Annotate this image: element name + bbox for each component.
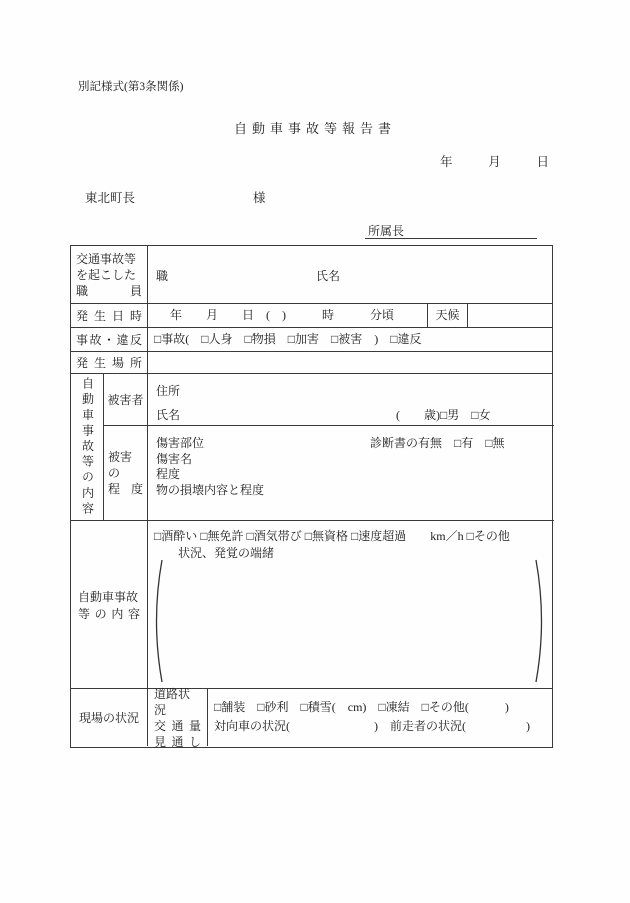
victim-header-label: 被害者 [104,392,147,408]
scene-subheader-line2: 交通量 [148,718,207,734]
victim-age-gender: ( 歳)□男 □女 [396,406,491,423]
accident-header: 事故・違反 [71,328,148,351]
scene-header: 現場の状況 [71,689,148,746]
victim-header: 被害者 [104,374,148,425]
damage-header-line1: 被害の [104,449,147,481]
scene-line2: 対向車の状況( ) 前走者の状況( ) [214,717,548,736]
weather-label: 天候 [428,304,468,327]
damage-line4: 物の損壊内容と程度 [156,483,546,499]
damage-line2: 傷害名 [156,452,546,468]
offender-header-line3: 職員 [71,283,147,299]
name-label: 氏名 [316,267,340,284]
row-location: 発生場所 [71,352,552,374]
incident-vertical-header-label: 自動車事故等の内容 [71,377,104,517]
scene-subheader-line3: 見通し [148,734,207,750]
detail-header-line1: 自動車事故 [78,588,140,605]
detail-writein-area [164,559,534,683]
left-bracket-icon [150,559,164,683]
victim-address-label: 住所 [156,382,180,399]
datetime-header: 発生日時 [71,304,148,327]
incident-vertical-header: 自動車事故等の内容 [71,374,104,521]
datetime-value: 年 月 日 ( ) 時 分頃 [148,304,428,327]
addressee-line: 東北町長様 [85,188,266,206]
scene-line1: □舗装 □砂利 □積雪( cm) □凍結 □その他( ) [214,698,548,717]
year-label: 年 [440,152,453,170]
offender-header-line2: を起こした [71,267,147,283]
offender-header-line1: 交通事故等 [71,251,147,267]
row-scene: 現場の状況 道路状況 交通量 見通し □舗装 □砂利 □積雪( cm) □凍結 … [71,689,552,746]
location-value-cell [148,352,552,373]
scene-subheader-line1: 道路状況 [148,686,207,718]
location-header: 発生場所 [71,352,148,373]
accident-header-label: 事故・違反 [71,332,147,348]
day-label: 日 [536,152,549,170]
detail-checkboxes: □酒酔い □無免許 □酒気帯び □無資格 □速度超過 km／h □その他 [154,527,510,544]
row-victim: 被害者 住所 氏名 ( 歳)□男 □女 [104,374,554,426]
weather-value-cell [468,304,552,327]
damage-fields: 傷害部位 診断書の有無 □有 □無 傷害名 程度 物の損壊内容と程度 [148,426,554,520]
row-datetime: 発生日時 年 月 日 ( ) 時 分頃 天候 [71,304,552,328]
report-table: 交通事故等 を起こした 職員 職 氏名 発生日時 年 月 日 ( ) 時 分頃 … [70,245,553,748]
row-offender: 交通事故等 を起こした 職員 職 氏名 [71,246,552,304]
report-form-page: 別記様式(第3条関係) 自動車事故等報告書 年 月 日 東北町長様 所属長 交通… [0,0,630,903]
offender-header: 交通事故等 を起こした 職員 [71,246,148,303]
damage-header: 被害の 程度 [104,426,148,520]
row-damage: 被害の 程度 傷害部位 診断書の有無 □有 □無 傷害名 程度 物の損壊内容と程… [104,426,554,521]
offender-fields: 職 氏名 [148,246,552,303]
row-detail: 自動車事故 等の内容 □酒酔い □無免許 □酒気帯び □無資格 □速度超過 km… [71,521,552,689]
addressee-name: 東北町長 [85,191,135,205]
date-line: 年 月 日 [440,152,549,170]
scene-header-label: 現場の状況 [71,710,147,726]
right-bracket-icon [534,559,548,683]
damage-line3: 程度 [156,467,546,483]
victim-name-label: 氏名 [156,406,180,423]
location-header-label: 発生場所 [71,355,147,371]
detail-header: 自動車事故 等の内容 [71,521,148,688]
datetime-header-label: 発生日時 [71,308,147,324]
job-label: 職 [156,267,168,284]
supervisor-signature-line: 所属長 [365,222,537,239]
supervisor-label: 所属長 [365,224,404,238]
scene-subheader: 道路状況 交通量 見通し [148,689,208,746]
detail-header-line2: 等の内容 [78,605,140,622]
victim-fields: 住所 氏名 ( 歳)□男 □女 [148,374,554,425]
scene-fields: □舗装 □砂利 □積雪( cm) □凍結 □その他( ) 対向車の状況( ) 前… [208,689,552,746]
damage-header-line2: 程度 [104,481,147,497]
page-title: 自動車事故等報告書 [0,118,630,137]
accident-options: □事故( □人身 □物損 □加害 □被害 ) □違反 [148,328,552,351]
form-note: 別記様式(第3条関係) [78,78,183,94]
month-label: 月 [488,152,501,170]
damage-certificate: 診断書の有無 □有 □無 [370,436,505,452]
detail-fields: □酒酔い □無免許 □酒気帯び □無資格 □速度超過 km／h □その他 状況、… [148,521,552,688]
row-accident: 事故・違反 □事故( □人身 □物損 □加害 □被害 ) □違反 [71,328,552,352]
honorific-label: 様 [253,191,266,205]
